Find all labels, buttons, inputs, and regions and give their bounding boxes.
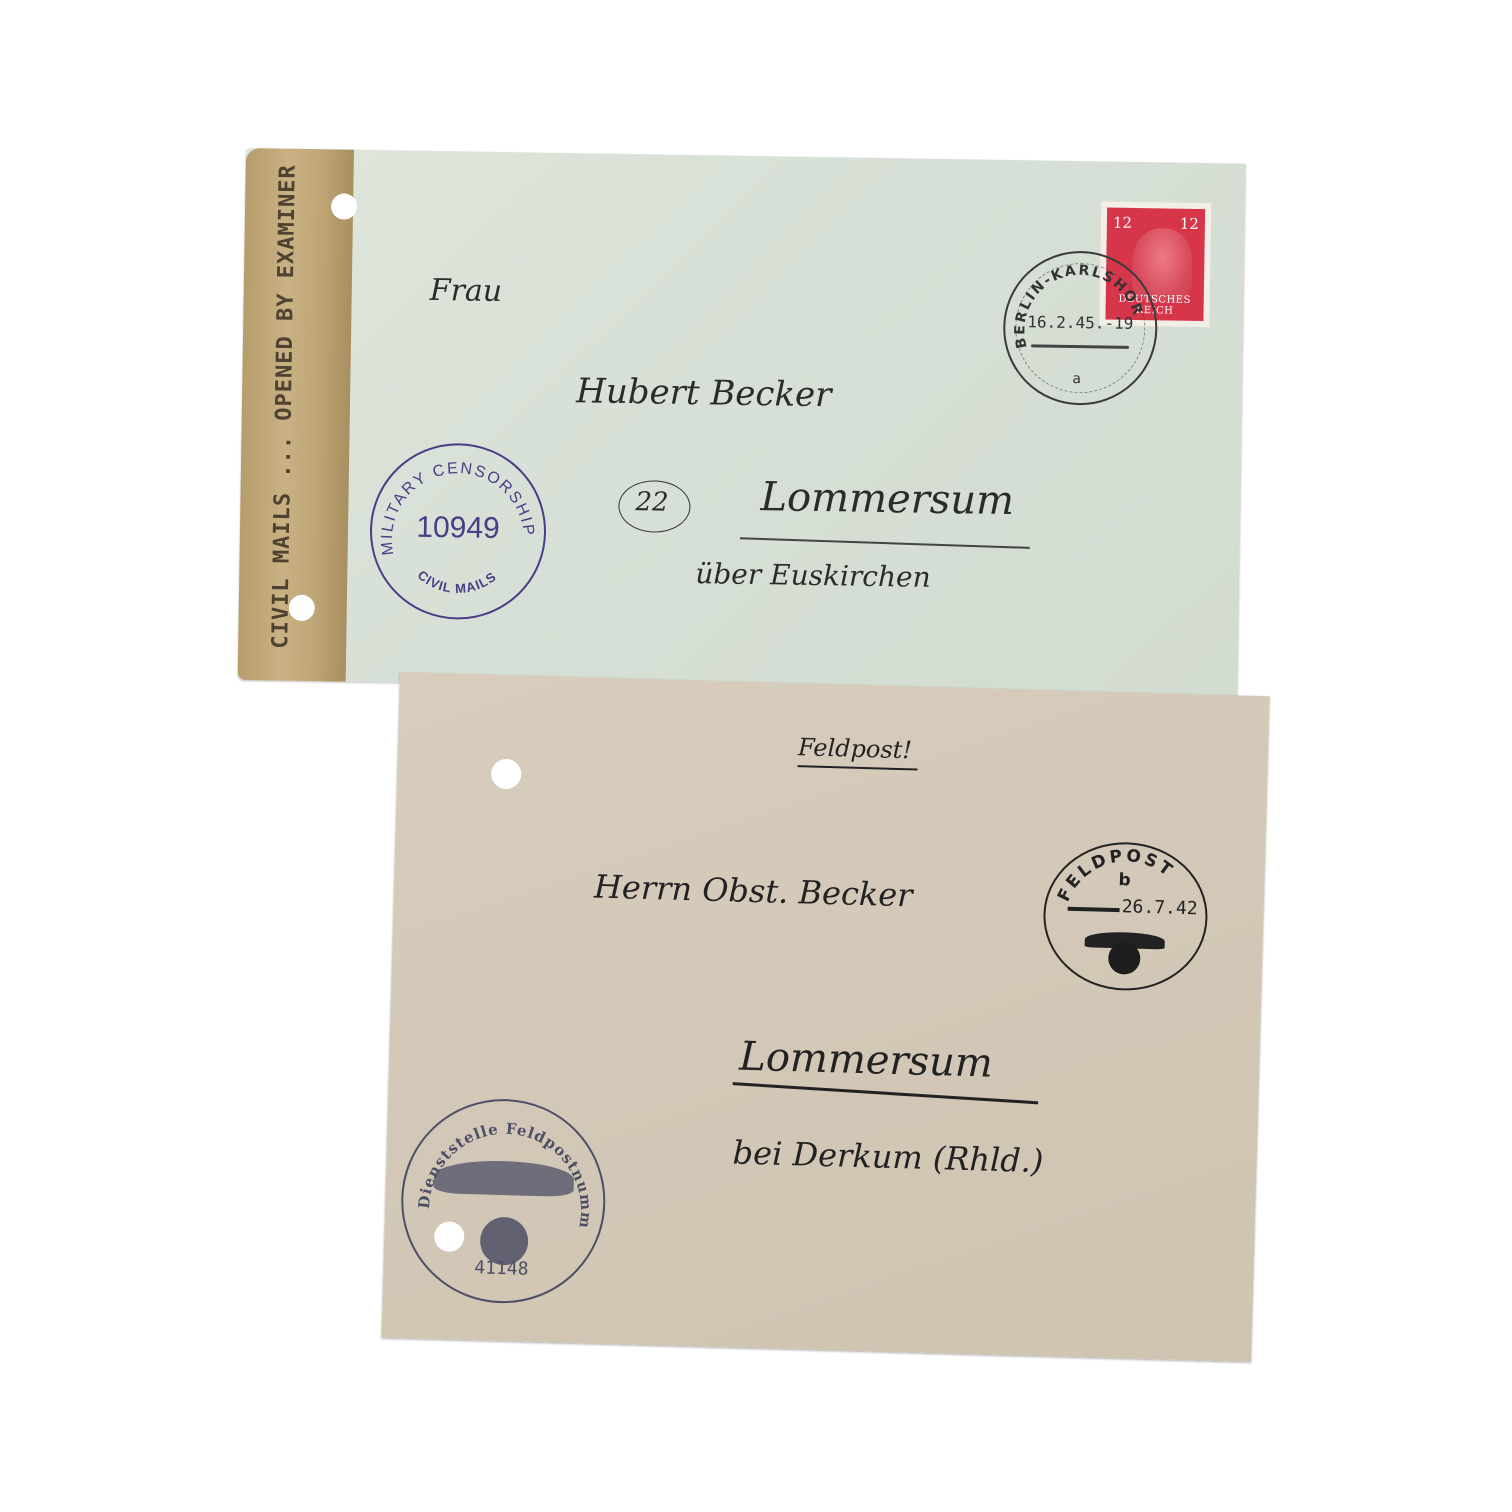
military-censorship-stamp: MILITARY CENSORSHIP CIVIL MAILS 10949	[369, 442, 548, 621]
destination-town: Lommersum	[739, 1034, 994, 1087]
stamp-value: 12	[1113, 214, 1132, 232]
postal-district: 22	[635, 487, 669, 518]
stamp-value: 12	[1180, 215, 1199, 233]
destination-town: Lommersum	[760, 474, 1014, 524]
via-line: bei Derkum (Rhld.)	[732, 1133, 1044, 1180]
svg-text:BERLIN-KARLSHORST: BERLIN-KARLSHORST	[1004, 252, 1147, 352]
postmark-date: 16.2.45.-19	[1027, 312, 1133, 333]
censor-tape-text: CIVIL MAILS ... OPENED BY EXAMINER	[268, 208, 319, 649]
postmark-sub-letter: b	[1118, 870, 1131, 890]
town-underline	[740, 537, 1030, 549]
recipient-name: Herrn Obst. Becker	[594, 868, 913, 915]
svg-text:CIVIL MAILS: CIVIL MAILS	[415, 567, 500, 597]
postal-district-oval: 22	[618, 480, 691, 533]
feldpost-postmark: FELDPOST b 26.7.42	[1041, 840, 1209, 993]
berlin-postmark: BERLIN-KARLSHORST 16.2.45.-19 a	[1002, 250, 1158, 406]
punch-hole	[491, 759, 522, 790]
censor-number: 10949	[372, 510, 545, 547]
envelope-bottom: Feldpost! Herrn Obst. Becker Lommersum b…	[381, 672, 1269, 1362]
feldpost-header: Feldpost!	[798, 733, 913, 764]
postmark-date: 26.7.42	[1121, 896, 1197, 919]
unit-number-stamp: Dienststelle Feldpostnummer 41148	[398, 1096, 608, 1306]
punch-hole	[331, 193, 357, 219]
salutation: Frau	[430, 273, 503, 309]
recipient-name: Hubert Becker	[576, 371, 832, 415]
envelope-top: CIVIL MAILS ... OPENED BY EXAMINER Frau …	[238, 148, 1246, 696]
via-line: über Euskirchen	[695, 557, 931, 594]
postmark-letter: a	[1072, 371, 1081, 387]
header-underline	[797, 765, 917, 770]
